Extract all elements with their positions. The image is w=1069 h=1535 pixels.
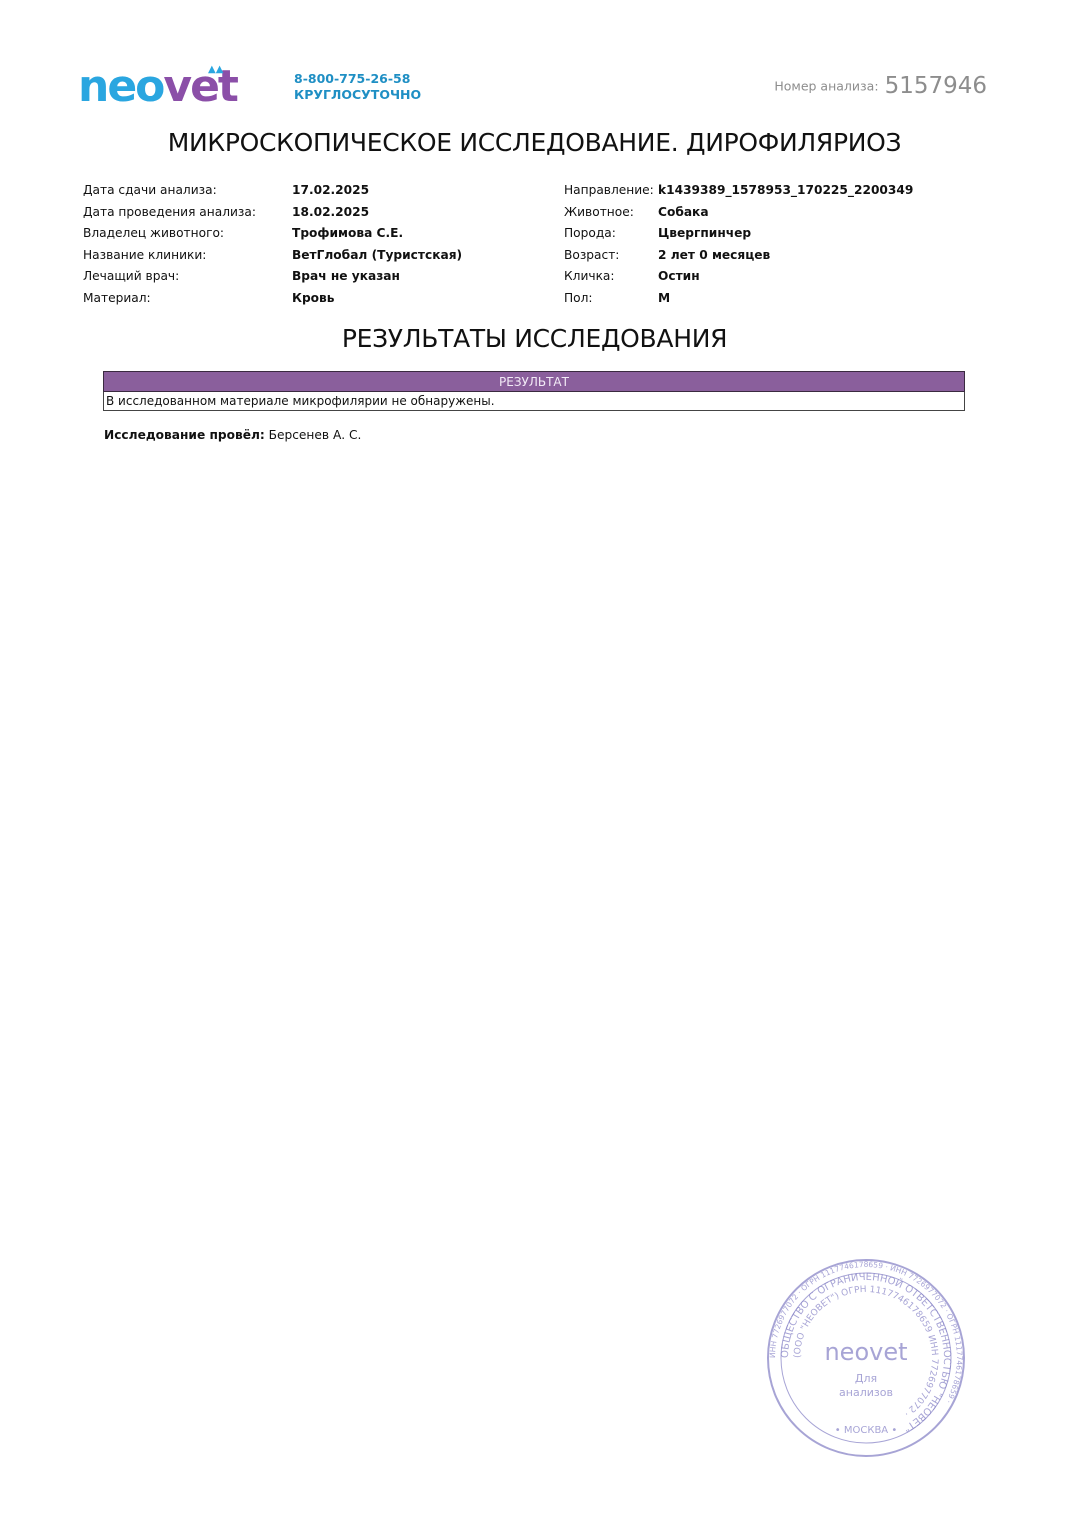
- info-value: Остин: [658, 266, 700, 288]
- result-value: В исследованном материале микрофилярии н…: [104, 392, 965, 411]
- info-value: М: [658, 288, 670, 310]
- info-label: Животное:: [564, 202, 658, 224]
- info-value: Кровь: [292, 288, 334, 310]
- stamp-logo: neovet: [824, 1338, 907, 1366]
- info-left: Дата сдачи анализа:17.02.2025 Дата прове…: [83, 180, 462, 310]
- table-row: В исследованном материале микрофилярии н…: [104, 392, 965, 411]
- info-row: Название клиники:ВетГлобал (Туристская): [83, 245, 462, 267]
- info-label: Материал:: [83, 288, 292, 310]
- logo-vet: vet: [163, 61, 237, 112]
- results-heading: РЕЗУЛЬТАТЫ ИССЛЕДОВАНИЯ: [0, 324, 1069, 353]
- info-value: k1439389_1578953_170225_2200349: [658, 180, 913, 202]
- info-row: Дата сдачи анализа:17.02.2025: [83, 180, 462, 202]
- info-label: Возраст:: [564, 245, 658, 267]
- results-table-header: РЕЗУЛЬТАТ: [104, 372, 965, 392]
- logo-neo: neo: [78, 61, 163, 112]
- analysis-number: Номер анализа:5157946: [774, 73, 987, 99]
- info-row: Пол:М: [564, 288, 913, 310]
- performer: Исследование провёл: Берсенев А. С.: [104, 428, 361, 442]
- results-table: РЕЗУЛЬТАТ В исследованном материале микр…: [103, 371, 965, 411]
- analysis-number-value: 5157946: [885, 73, 987, 99]
- neovet-logo: neovet ▲▲: [78, 62, 237, 112]
- info-value: ВетГлобал (Туристская): [292, 245, 462, 267]
- document-title: МИКРОСКОПИЧЕСКОЕ ИССЛЕДОВАНИЕ. ДИРОФИЛЯР…: [0, 128, 1069, 157]
- info-row: Животное:Собака: [564, 202, 913, 224]
- info-label: Дата сдачи анализа:: [83, 180, 292, 202]
- analysis-number-label: Номер анализа:: [774, 79, 878, 94]
- info-label: Порода:: [564, 223, 658, 245]
- info-label: Дата проведения анализа:: [83, 202, 292, 224]
- info-label: Название клиники:: [83, 245, 292, 267]
- info-label: Владелец животного:: [83, 223, 292, 245]
- info-value: 18.02.2025: [292, 202, 369, 224]
- company-stamp: ИНН 7726977072 · ОГРН 1117746178659 · ИН…: [766, 1258, 966, 1458]
- cat-ears-icon: ▲▲: [208, 64, 223, 75]
- info-right: Направление:k1439389_1578953_170225_2200…: [564, 180, 913, 310]
- hours-label: КРУГЛОСУТОЧНО: [294, 87, 421, 103]
- phone-number: 8-800-775-26-58: [294, 71, 421, 87]
- info-row: Возраст:2 лет 0 месяцев: [564, 245, 913, 267]
- info-value: 17.02.2025: [292, 180, 369, 202]
- info-value: Цвергпинчер: [658, 223, 751, 245]
- stamp-caption-line1: Для: [855, 1372, 877, 1385]
- info-label: Пол:: [564, 288, 658, 310]
- info-label: Кличка:: [564, 266, 658, 288]
- info-row: Владелец животного:Трофимова С.Е.: [83, 223, 462, 245]
- info-label: Направление:: [564, 180, 658, 202]
- info-value: 2 лет 0 месяцев: [658, 245, 770, 267]
- stamp-caption-line2: анализов: [839, 1386, 893, 1399]
- stamp-city: • МОСКВА •: [835, 1425, 897, 1436]
- info-label: Лечащий врач:: [83, 266, 292, 288]
- info-value: Врач не указан: [292, 266, 400, 288]
- contact-block: 8-800-775-26-58 КРУГЛОСУТОЧНО: [294, 71, 421, 103]
- info-row: Дата проведения анализа:18.02.2025: [83, 202, 462, 224]
- info-value: Собака: [658, 202, 709, 224]
- performer-label: Исследование провёл:: [104, 428, 265, 442]
- performer-name: Берсенев А. С.: [269, 428, 362, 442]
- info-row: Направление:k1439389_1578953_170225_2200…: [564, 180, 913, 202]
- info-row: Лечащий врач:Врач не указан: [83, 266, 462, 288]
- info-row: Материал:Кровь: [83, 288, 462, 310]
- info-value: Трофимова С.Е.: [292, 223, 403, 245]
- info-row: Порода:Цвергпинчер: [564, 223, 913, 245]
- info-row: Кличка:Остин: [564, 266, 913, 288]
